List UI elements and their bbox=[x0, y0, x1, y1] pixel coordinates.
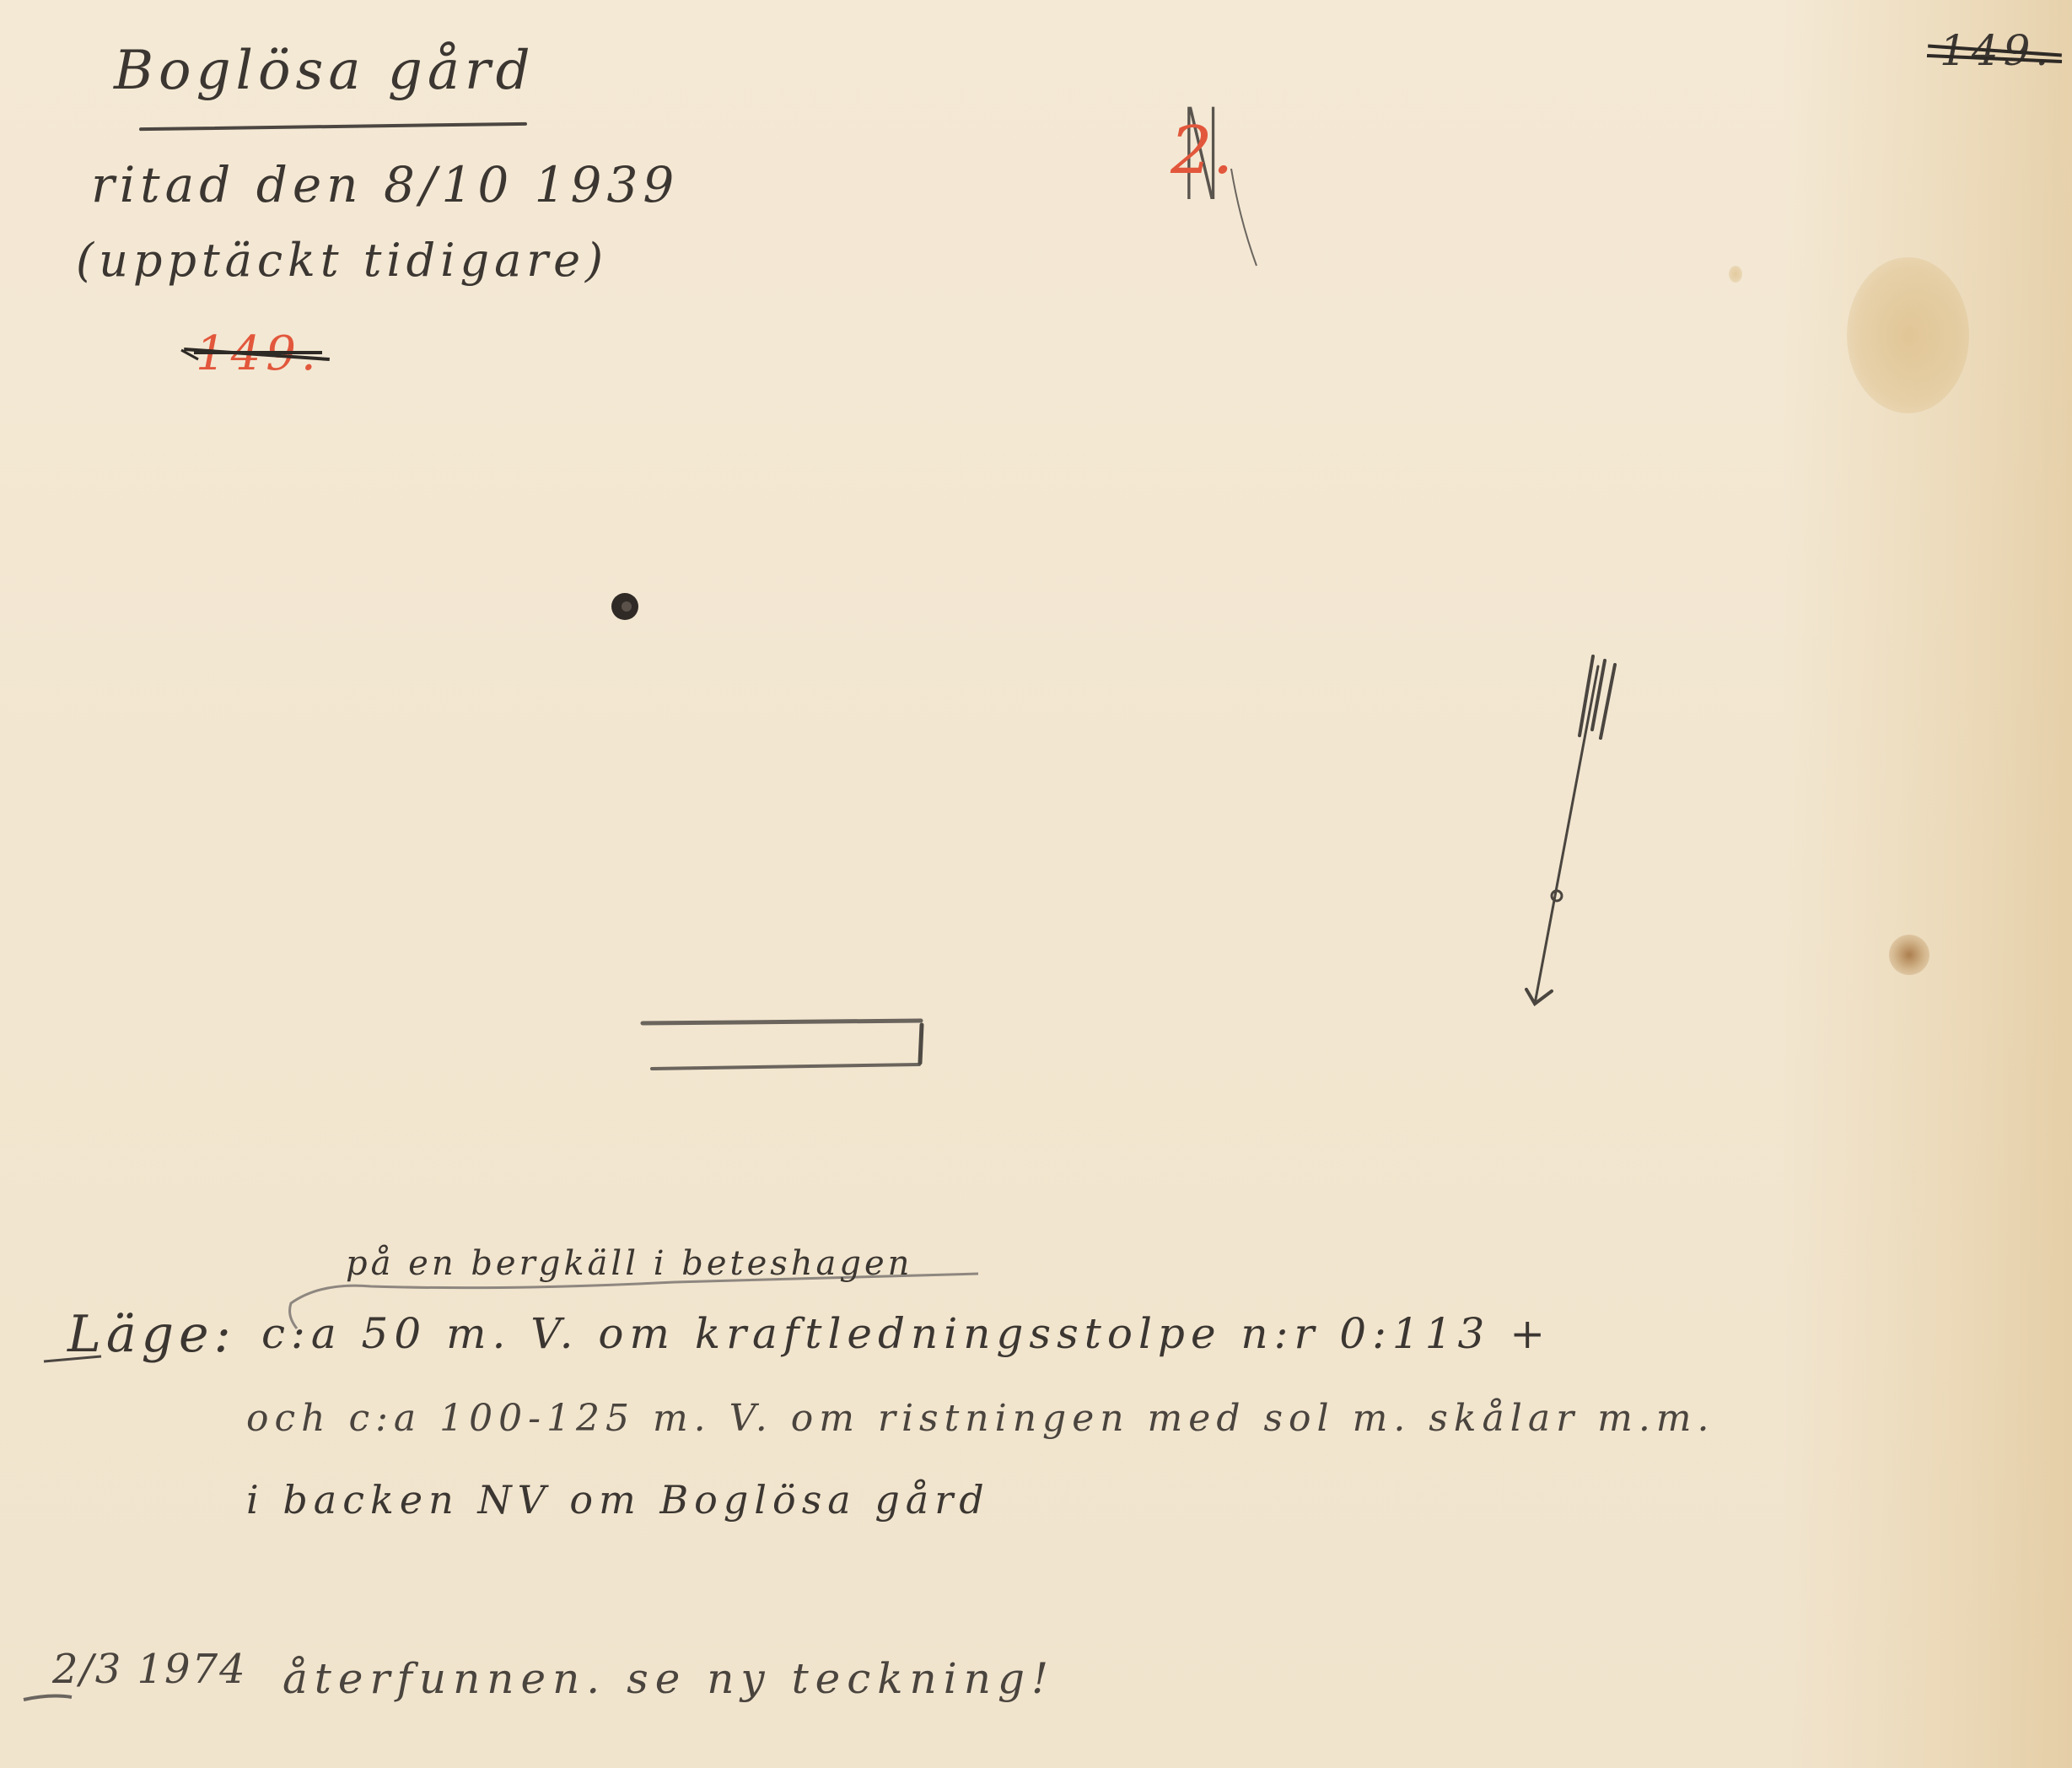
location-label: Läge: bbox=[67, 1309, 236, 1360]
document-title: Boglösa gård bbox=[114, 44, 535, 98]
location-line-1: c:a 50 m. V. om kraftledningsstolpe n:r … bbox=[261, 1313, 1551, 1355]
old-catalog-number: 149. bbox=[1940, 30, 2053, 72]
title-underline bbox=[139, 122, 527, 131]
location-line-3: i backen NV om Boglösa gård bbox=[246, 1480, 990, 1519]
followup-date: 2/3 1974 bbox=[52, 1649, 247, 1690]
water-stain bbox=[1847, 257, 1969, 413]
rust-mark bbox=[1889, 935, 1929, 975]
location-line-2: och c:a 100-125 m. V. om ristningen med … bbox=[246, 1400, 1715, 1437]
red-north-annotation: 2. bbox=[1171, 118, 1233, 184]
north-tail-stroke bbox=[1231, 169, 1257, 266]
discovered-line: (upptäckt tidigare) bbox=[76, 238, 608, 283]
date-underline bbox=[24, 1696, 72, 1700]
location-inserted-text: på en bergkäll i beteshagen bbox=[346, 1247, 912, 1280]
old-red-number: 149. bbox=[196, 331, 321, 378]
scale-bar-icon bbox=[643, 1021, 922, 1069]
cup-mark-dot-icon bbox=[611, 593, 638, 620]
drawn-date-line: ritad den 8/10 1939 bbox=[91, 160, 679, 209]
followup-text: återfunnen. se ny teckning! bbox=[283, 1657, 1055, 1700]
archive-record-sheet: Boglösa gård ritad den 8/10 1939 (upptäc… bbox=[0, 0, 2072, 1768]
small-stain bbox=[1729, 266, 1742, 283]
arrow-icon bbox=[1526, 656, 1615, 1004]
